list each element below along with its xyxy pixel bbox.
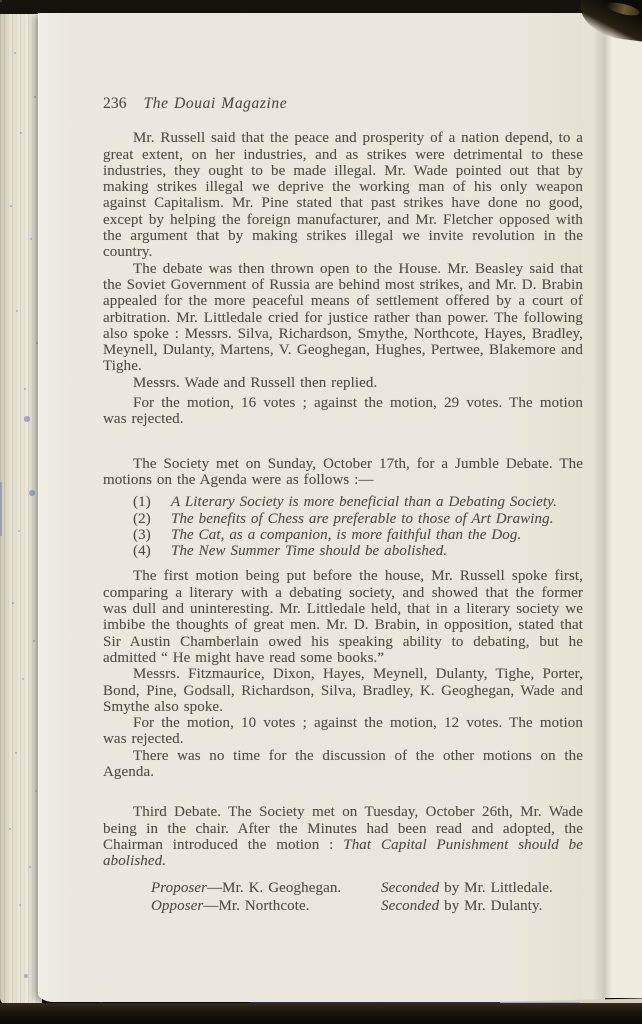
running-header: 236 The Douai Magazine — [103, 96, 583, 112]
paragraph-replies: Messrs. Wade and Russell then replied. — [103, 375, 583, 391]
motion-text: The New Summer Time should be abolished. — [171, 543, 447, 559]
proposer-label: Proposer — [151, 880, 207, 896]
paragraph-third-debate: Third Debate. The Society met on Tuesday… — [103, 804, 583, 869]
seconder-name: by Mr. Dulanty. — [439, 898, 542, 914]
opposer-cell: Opposer—Mr. Northcote. — [151, 897, 381, 915]
seconder-cell: Seconded by Mr. Dulanty. — [381, 897, 543, 915]
motion-number: (4) — [133, 543, 171, 559]
motion-item-1: (1)A Literary Society is more beneficial… — [103, 494, 583, 510]
agenda-motions-list: (1)A Literary Society is more beneficial… — [103, 494, 583, 559]
debate-officers: Proposer—Mr. K. Geoghegan. Seconded by M… — [103, 879, 583, 915]
paragraph-first-motion: The first motion being put before the ho… — [103, 568, 583, 666]
blue-edge-mark — [0, 482, 2, 536]
proposer-name: —Mr. K. Geoghegan. — [207, 880, 341, 896]
third-debate-section: Third Debate. The Society met on Tuesday… — [103, 804, 583, 915]
seconded-label: Seconded — [381, 880, 439, 896]
jumble-debate-section: The Society met on Sunday, October 17th,… — [103, 456, 583, 781]
paragraph-no-time: There was no time for the discussion of … — [103, 748, 583, 781]
motion-number: (1) — [133, 494, 171, 510]
seconder-name: by Mr. Littledale. — [439, 880, 553, 896]
motion-item-4: (4)The New Summer Time should be abolish… — [103, 543, 583, 559]
proposer-row: Proposer—Mr. K. Geoghegan. Seconded by M… — [151, 879, 583, 897]
paragraph-vote-result-1: For the motion, 16 votes ; against the m… — [103, 395, 583, 428]
page-content: 236 The Douai Magazine Mr. Russell said … — [103, 96, 583, 915]
motion-text: The Cat, as a companion, is more faithfu… — [171, 527, 521, 543]
seconded-label: Seconded — [381, 898, 439, 914]
motion-item-2: (2)The benefits of Chess are preferable … — [103, 511, 583, 527]
motion-text: The benefits of Chess are preferable to … — [171, 511, 554, 527]
opposer-row: Opposer—Mr. Northcote. Seconded by Mr. D… — [151, 897, 583, 915]
opposer-name: —Mr. Northcote. — [203, 898, 309, 914]
paragraph-jumble-intro: The Society met on Sunday, October 17th,… — [103, 456, 583, 489]
paragraph-open-house: The debate was then thrown open to the H… — [103, 261, 583, 375]
paragraph-strikes-debate: Mr. Russell said that the peace and pros… — [103, 130, 583, 260]
page-fore-edges — [0, 14, 42, 1006]
opposer-label: Opposer — [151, 898, 203, 914]
magazine-title: The Douai Magazine — [144, 96, 288, 112]
blue-ink-speckles — [0, 0, 2, 2]
motion-number: (3) — [133, 527, 171, 543]
motion-item-3: (3)The Cat, as a companion, is more fait… — [103, 527, 583, 543]
page-crease — [593, 13, 619, 1002]
seconder-cell: Seconded by Mr. Littledale. — [381, 879, 553, 897]
proposer-cell: Proposer—Mr. K. Geoghegan. — [151, 879, 381, 897]
scanned-book-page: 236 The Douai Magazine Mr. Russell said … — [0, 0, 642, 1024]
scan-bottom-border — [0, 1003, 642, 1024]
motion-text: A Literary Society is more beneficial th… — [171, 494, 557, 510]
paragraph-vote-result-2: For the motion, 10 votes ; against the m… — [103, 715, 583, 748]
motion-number: (2) — [133, 511, 171, 527]
page-number: 236 — [103, 96, 127, 112]
paragraph-speakers: Messrs. Fitzmaurice, Dixon, Hayes, Meyne… — [103, 666, 583, 715]
magazine-page: 236 The Douai Magazine Mr. Russell said … — [38, 13, 605, 1002]
